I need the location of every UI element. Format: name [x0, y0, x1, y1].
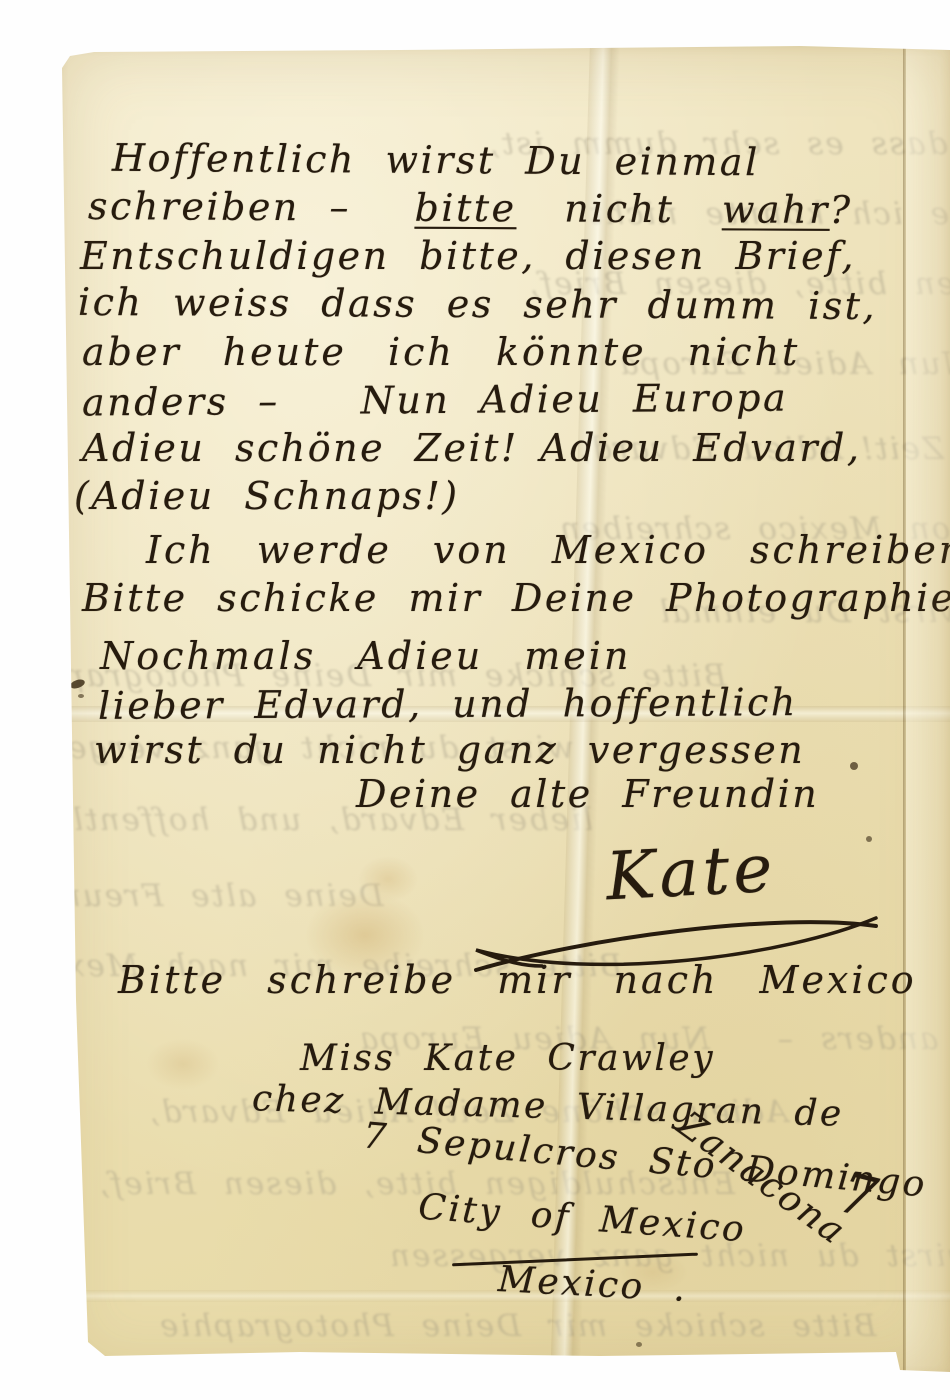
letter-line-10: Bitte schicke mir Deine Photographie	[82, 576, 950, 620]
ink-smudge	[850, 762, 858, 770]
underlined-word-bitte: bitte	[414, 186, 516, 231]
stain	[146, 1038, 220, 1090]
letter-line-11: Nochmals Adieu mein	[100, 634, 631, 678]
letter-line-14: Deine alte Freundin	[356, 772, 819, 816]
bleedthrough-line: Deine alte Freundin	[3, 878, 384, 914]
letter-line-7: Adieu schöne Zeit! Adieu Edvard,	[82, 426, 861, 470]
letter-line-5: aber heute ich könnte nicht	[82, 330, 800, 374]
ink-smudge	[636, 1342, 642, 1347]
letter-line-9: Ich werde von Mexico schreiben	[146, 528, 950, 572]
underlined-word-wahr: wahr	[722, 187, 830, 232]
letter-page: ich weiss dass es sehr dumm ist, aber he…	[58, 46, 950, 1376]
letter-line-2-text: schreiben –	[88, 184, 351, 229]
bleedthrough-line: Bitte schicke mir Deine Photographie	[158, 1308, 876, 1344]
address-line-1: Miss Kate Crawley	[300, 1038, 715, 1079]
ink-smudge	[866, 836, 872, 842]
letter-line-3: Entschuldigen bitte, diesen Brief,	[80, 234, 856, 278]
letter-line-12: lieber Edvard, und hoffentlich	[98, 680, 798, 728]
letter-line-2-text: nicht	[564, 186, 674, 231]
letter-line-6: anders – Nun Adieu Europa	[82, 376, 788, 425]
postscript-line: Bitte schreibe mir nach Mexico	[118, 958, 917, 1002]
ink-smudge	[78, 694, 84, 698]
letter-line-1: Hoffentlich wirst Du einmal	[112, 136, 760, 185]
letter-line-13: wirst du nicht ganz vergessen	[94, 728, 805, 772]
question-mark: ?	[830, 188, 853, 232]
address-line-5: Mexico .	[497, 1259, 689, 1310]
letter-line-4: ich weiss dass es sehr dumm ist,	[78, 280, 877, 328]
letter-line-2: schreiben – bitte nicht wahr?	[88, 184, 853, 232]
letter-line-8: (Adieu Schnaps!)	[74, 474, 460, 518]
letter-scan: ich weiss dass es sehr dumm ist, aber he…	[0, 0, 950, 1400]
